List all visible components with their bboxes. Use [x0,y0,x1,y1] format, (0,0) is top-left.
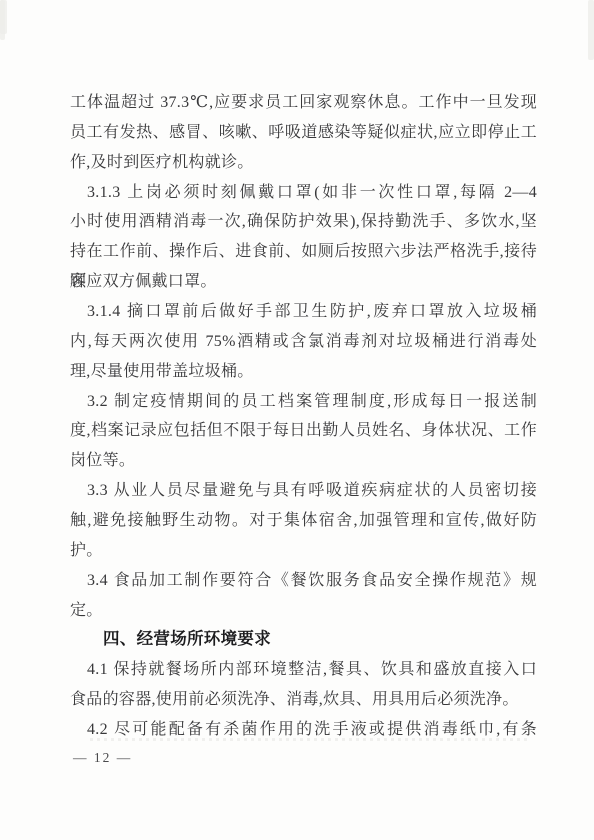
text-line-clause-3-1-3: 3.1.3 上岗必须时刻佩戴口罩(如非一次性口罩,每隔 2—4 [70,178,537,208]
text-line: 度,档案记录应包括但不限于每日出勤人员姓名、身体状况、工作 [70,416,537,446]
body-text: 工体温超过 37.3℃,应要求员工回家观察休息。工作中一旦发现 员工有发热、感冒… [70,88,537,745]
scan-artifact [0,0,5,40]
text-line: 食品的容器,使用前必须洗净、消毒,炊具、用具用后必须洗净。 [70,685,537,715]
text-line: 护。 [70,536,537,566]
text-line: 客应双方佩戴口罩。 [70,267,537,297]
text-line-clause-3-3: 3.3 从业人员尽量避免与具有呼吸道疾病症状的人员密切接 [70,476,537,506]
section-4-heading: 四、经营场所环境要求 [70,625,537,655]
text-line: 作,及时到医疗机构就诊。 [70,148,537,178]
text-line-clause-4-1: 4.1 保持就餐场所内部环境整洁,餐具、饮具和盛放直接入口 [70,655,537,685]
text-line-clause-3-2: 3.2 制定疫情期间的员工档案管理制度,形成每日一报送制 [70,387,537,417]
text-line: 岗位等。 [70,446,537,476]
text-line-clause-4-2: 4.2 尽可能配备有杀菌作用的洗手液或提供消毒纸巾,有条 [70,715,537,745]
text-line: 员工有发热、感冒、咳嗽、呼吸道感染等疑似症状,应立即停止工 [70,118,537,148]
page-number: — 12 — [73,748,132,768]
scan-artifact [0,0,7,34]
text-line-clause-3-4: 3.4 食品加工制作要符合《餐饮服务食品安全操作规范》规 [70,566,537,596]
text-line: 触,避免接触野生动物。对于集体宿舍,加强管理和宣传,做好防 [70,506,537,536]
text-line: 理,尽量使用带盖垃圾桶。 [70,357,537,387]
scan-artifact [0,0,4,26]
document-page: 工体温超过 37.3℃,应要求员工回家观察休息。工作中一旦发现 员工有发热、感冒… [0,0,594,840]
text-line-clause-3-1-4: 3.1.4 摘口罩前后做好手部卫生防护,废弃口罩放入垃圾桶 [70,297,537,327]
text-line: 内,每天两次使用 75%酒精或含氯消毒剂对垃圾桶进行消毒处 [70,327,537,357]
scan-artifact [0,0,4,22]
text-line: 定。 [70,596,537,626]
text-line: 持在工作前、操作后、进食前、如厕后按照六步法严格洗手,接待顾 [70,237,537,267]
scan-artifact [588,0,594,60]
text-line: 小时使用酒精消毒一次,确保防护效果),保持勤洗手、多饮水,坚 [70,207,537,237]
text-line: 工体温超过 37.3℃,应要求员工回家观察休息。工作中一旦发现 [70,88,537,118]
